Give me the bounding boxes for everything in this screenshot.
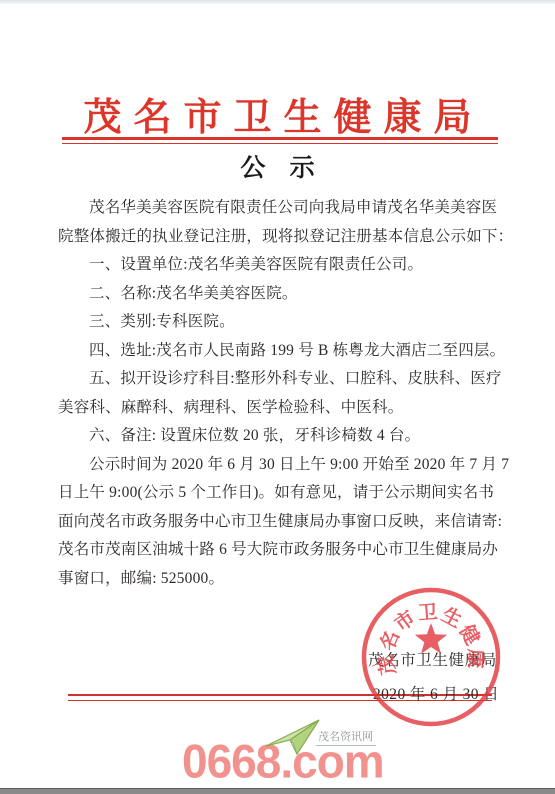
scan-edge-strip	[0, 0, 555, 4]
agency-letterhead-title: 茂名市卫生健康局	[0, 86, 555, 141]
body-line: 六、备注: 设置床位数 20 张，牙科诊椅数 4 台。	[58, 422, 502, 451]
paper-plane-icon	[266, 718, 320, 756]
body-line: 四、选址:茂名市人民南路 199 号 B 栋粤龙大酒店二至四层。	[58, 337, 502, 366]
document-date: 2020 年 6 月 30 日	[373, 682, 499, 704]
document-body: 茂名华美美容医院有限责任公司向我局申请茂名华美美容医 院整体搬迁的执业登记注册，…	[58, 194, 502, 593]
body-line: 二、名称:茂名华美美容医院。	[58, 280, 502, 309]
watermark-site-name: 茂名资讯网	[316, 728, 376, 746]
body-line: 院整体搬迁的执业登记注册，现将拟登记注册基本信息公示如下：	[58, 223, 502, 252]
body-line: 公示时间为 2020 年 6 月 30 日上午 9:00 开始至 2020 年 …	[58, 451, 502, 480]
body-line: 日上午 9:00(公示 5 个工作日)。如有意见，请于公示期间实名书	[58, 479, 502, 508]
document-title: 公 示	[0, 148, 555, 184]
body-line: 事窗口，邮编: 525000。	[58, 565, 502, 594]
body-line: 五、拟开设诊疗科目:整形外科专业、口腔科、皮肤科、医疗	[58, 365, 502, 394]
body-line: 三、类别:专科医院。	[58, 308, 502, 337]
signature-agency-name: 茂名市卫生健康局	[368, 648, 497, 670]
body-line: 一、设置单位:茂名华美美容医院有限责任公司。	[58, 251, 502, 280]
body-line: 面向茂名市政务服务中心市卫生健康局办事窗口反映，来信请寄:	[58, 508, 502, 537]
body-line: 美容科、麻醉科、病理科、医学检验科、中医科。	[58, 394, 502, 423]
scanned-document-page: 茂名市卫生健康局 公 示 茂名华美美容医院有限责任公司向我局申请茂名华美美容医 …	[0, 0, 555, 794]
red-header-rule	[62, 137, 498, 144]
body-line: 茂名华美美容医院有限责任公司向我局申请茂名华美美容医	[58, 194, 502, 223]
body-line: 茂名市茂南区油城十路 6 号大院市政务服务中心市卫生健康局办	[58, 536, 502, 565]
site-watermark: 0668.com 茂名资讯网	[180, 718, 395, 790]
